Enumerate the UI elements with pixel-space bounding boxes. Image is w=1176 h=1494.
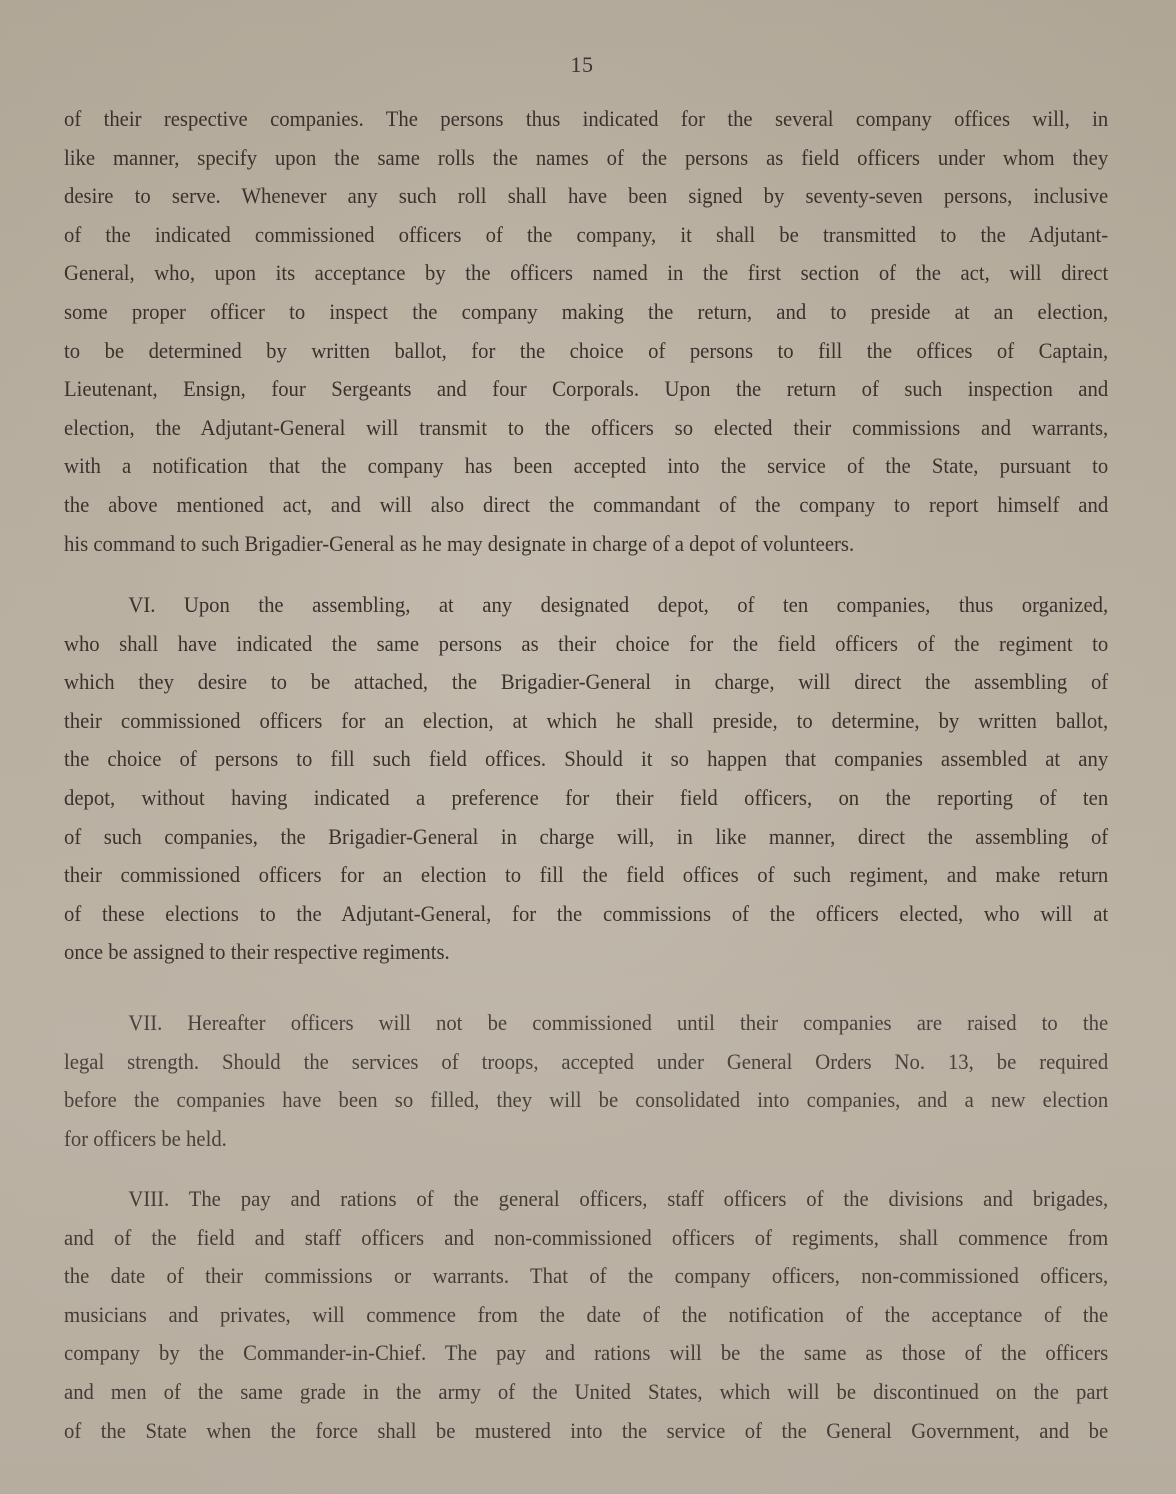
text-line: his command to such Brigadier-General as… — [64, 525, 1108, 564]
text-line: their commissioned officers for an elect… — [64, 856, 1108, 895]
section-heading-line: VI. Upon the assembling, at any designat… — [64, 586, 1108, 625]
text-line: and of the field and staff officers and … — [64, 1219, 1108, 1258]
text-line: the date of their commissions or warrant… — [64, 1257, 1108, 1296]
text-line: of such companies, the Brigadier-General… — [64, 818, 1108, 857]
text-line: which they desire to be attached, the Br… — [64, 663, 1108, 702]
section-heading-line: VIII. The pay and rations of the general… — [64, 1180, 1108, 1219]
text-line: the above mentioned act, and will also d… — [64, 486, 1108, 525]
text-line: desire to serve. Whenever any such roll … — [64, 177, 1108, 216]
text-line: like manner, specify upon the same rolls… — [64, 139, 1108, 178]
paragraph-section-viii: VIII. The pay and rations of the general… — [64, 1180, 1108, 1450]
page-number: 15 — [0, 52, 1164, 78]
text-line: of these elections to the Adjutant-Gener… — [64, 895, 1108, 934]
text-line: and men of the same grade in the army of… — [64, 1373, 1108, 1412]
text-line: Lieutenant, Ensign, four Sergeants and f… — [64, 370, 1108, 409]
text-line: musicians and privates, will commence fr… — [64, 1296, 1108, 1335]
text-line: of the State when the force shall be mus… — [64, 1412, 1108, 1451]
text-line: some proper officer to inspect the compa… — [64, 293, 1108, 332]
text-line: depot, without having indicated a prefer… — [64, 779, 1108, 818]
paragraph-section-vi: VI. Upon the assembling, at any designat… — [64, 586, 1108, 972]
text-line: of their respective companies. The perso… — [64, 100, 1108, 139]
text-line: to be determined by written ballot, for … — [64, 332, 1108, 371]
text-line: before the companies have been so filled… — [64, 1081, 1108, 1120]
text-line: legal strength. Should the services of t… — [64, 1043, 1108, 1082]
document-page: 15 of their respective companies. The pe… — [0, 0, 1176, 1494]
text-line: of the indicated commissioned officers o… — [64, 216, 1108, 255]
text-line: who shall have indicated the same person… — [64, 625, 1108, 664]
paragraph-continuation: of their respective companies. The perso… — [64, 100, 1108, 563]
text-line: General, who, upon its acceptance by the… — [64, 254, 1108, 293]
text-line: the choice of persons to fill such field… — [64, 740, 1108, 779]
text-line: for officers be held. — [64, 1120, 1108, 1159]
paragraph-section-vii: VII. Hereafter officers will not be comm… — [64, 1004, 1108, 1158]
section-heading-line: VII. Hereafter officers will not be comm… — [64, 1004, 1108, 1043]
text-line: their commissioned officers for an elect… — [64, 702, 1108, 741]
text-line: election, the Adjutant-General will tran… — [64, 409, 1108, 448]
text-line: company by the Commander-in-Chief. The p… — [64, 1334, 1108, 1373]
text-line: with a notification that the company has… — [64, 447, 1108, 486]
text-line: once be assigned to their respective reg… — [64, 933, 1108, 972]
